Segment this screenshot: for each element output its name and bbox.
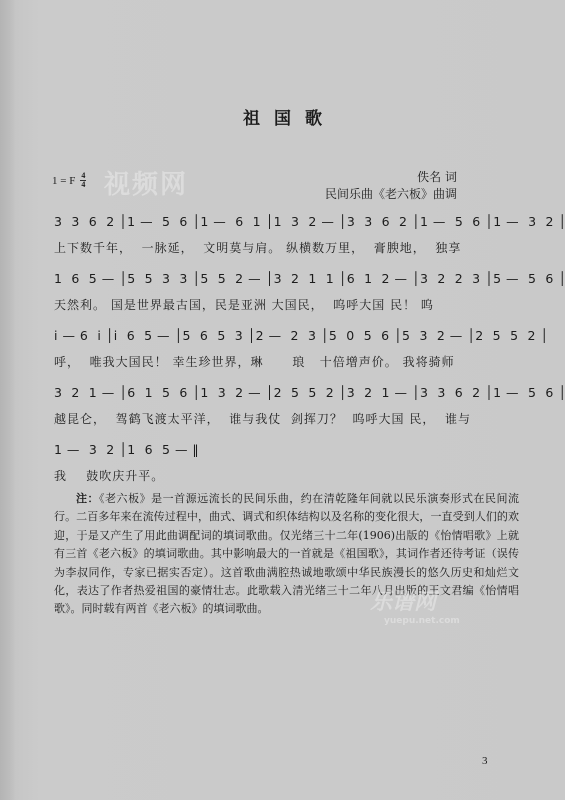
score-system-1: 3 3 6 2 │1 — 5 6 │1 — 6 1 │1 3 2 — │3 3 … bbox=[54, 214, 534, 271]
time-signature: 4 4 bbox=[80, 172, 86, 189]
notation-line: 3 2 1 — │6 1 5 6 │1 3 2 — │2 5 5 2 │3 2 … bbox=[54, 385, 534, 405]
credits: 佚名 词 民间乐曲《老六板》曲调 bbox=[325, 169, 457, 203]
composer-credit: 民间乐曲《老六板》曲调 bbox=[325, 186, 457, 203]
key-signature: 1 = F 4 4 bbox=[52, 172, 86, 189]
watermark-bottom: 乐谱网 yuepu.net.com bbox=[370, 585, 460, 626]
lyrics-line: 我 鼓吹庆升平。 bbox=[54, 467, 164, 484]
notation-line: 3 3 6 2 │1 — 5 6 │1 — 6 1 │1 3 2 — │3 3 … bbox=[54, 214, 534, 234]
watermark-bottom-url: yuepu.net.com bbox=[384, 616, 460, 626]
annotation-label: 注： bbox=[76, 492, 99, 505]
song-title: 祖国歌 bbox=[0, 104, 565, 129]
watermark-top: 视频网 bbox=[104, 164, 188, 201]
watermark-bottom-text: 乐谱网 bbox=[370, 590, 436, 615]
score-system-3: i — 6 i │i 6 5 — │5 6 5 3 │2 — 2 3 │5 0 … bbox=[54, 328, 534, 385]
watermark-top-text: 视频网 bbox=[104, 170, 188, 200]
lyrics-line: 天然利。 国是世界最古国，民是亚洲 大国民， 呜呼大国 民！ 呜 bbox=[54, 296, 434, 313]
page-number: 3 bbox=[482, 755, 488, 767]
numbered-musical-score: 3 3 6 2 │1 — 5 6 │1 — 6 1 │1 3 2 — │3 3 … bbox=[54, 214, 534, 499]
time-signature-top: 4 bbox=[81, 172, 85, 180]
score-system-2: 1 6 5 — │5 5 3 3 │5 5 2 — │3 2 1 1 │6 1 … bbox=[54, 271, 534, 328]
score-system-4: 3 2 1 — │6 1 5 6 │1 3 2 — │2 5 5 2 │3 2 … bbox=[54, 385, 534, 442]
lyrics-line: 越昆仑， 驾鹤飞渡太平洋， 谁与我仗 剑挥刀？ 呜呼大国 民， 谁与 bbox=[54, 410, 471, 427]
notation-line: i — 6 i │i 6 5 — │5 6 5 3 │2 — 2 3 │5 0 … bbox=[54, 328, 534, 348]
lyrics-line: 上下数千年， 一脉延， 文明莫与肩。 纵横数万里， 膏腴地， 独享 bbox=[54, 239, 461, 256]
lyrics-line: 呼， 唯我大国民！ 幸生珍世界，琳 琅 十倍增声价。 我将骑师 bbox=[54, 353, 455, 370]
time-signature-bottom: 4 bbox=[81, 181, 85, 189]
document-page: 祖国歌 1 = F 4 4 视频网 佚名 词 民间乐曲《老六板》曲调 3 3 6… bbox=[0, 0, 565, 800]
key-label: 1 = F bbox=[52, 175, 75, 187]
notation-line: 1 — 3 2 │1 6 5 — ‖ bbox=[54, 442, 534, 462]
lyricist-credit: 佚名 词 bbox=[325, 169, 457, 186]
notation-line: 1 6 5 — │5 5 3 3 │5 5 2 — │3 2 1 1 │6 1 … bbox=[54, 271, 534, 291]
